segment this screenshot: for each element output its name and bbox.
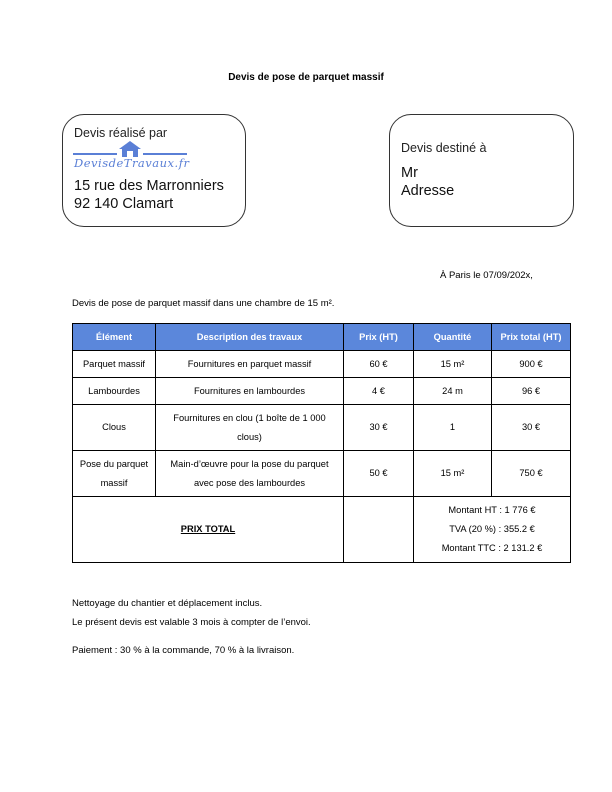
cell-price: 60 €	[344, 351, 414, 378]
note-payment: Paiement : 30 % à la commande, 70 % à la…	[72, 645, 294, 656]
cell-description: Fournitures en lambourdes	[156, 378, 344, 405]
sender-address-line1: 15 rue des Marronniers	[74, 178, 224, 195]
cell-price: 4 €	[344, 378, 414, 405]
header-total: Prix total (HT)	[492, 324, 571, 351]
sender-box: Devis réalisé par DevisdeTravaux.fr 15 r…	[62, 114, 246, 227]
table-row: Lambourdes Fournitures en lambourdes 4 €…	[73, 378, 571, 405]
cell-quantity: 15 m²	[414, 451, 492, 497]
document-title: Devis de pose de parquet massif	[0, 72, 612, 83]
cell-quantity: 1	[414, 405, 492, 451]
cell-price: 30 €	[344, 405, 414, 451]
total-label: PRIX TOTAL	[181, 524, 235, 534]
amount-tva: TVA (20 %) : 355.2 €	[418, 520, 566, 539]
cell-total: 30 €	[492, 405, 571, 451]
total-label-cell: PRIX TOTAL	[73, 497, 344, 563]
company-logo: DevisdeTravaux.fr	[73, 140, 188, 172]
amount-ht: Montant HT : 1 776 €	[418, 501, 566, 520]
quote-table: Élément Description des travaux Prix (HT…	[72, 323, 571, 563]
table-header-row: Élément Description des travaux Prix (HT…	[73, 324, 571, 351]
recipient-box: Devis destiné à Mr Adresse	[389, 114, 574, 227]
cell-description: Fournitures en parquet massif	[156, 351, 344, 378]
cell-price: 50 €	[344, 451, 414, 497]
header-element: Élément	[73, 324, 156, 351]
cell-element: Clous	[73, 405, 156, 451]
intro-text: Devis de pose de parquet massif dans une…	[72, 298, 334, 309]
cell-total: 96 €	[492, 378, 571, 405]
date-line: À Paris le 07/09/202x,	[440, 270, 533, 281]
recipient-label: Devis destiné à	[401, 141, 486, 155]
table-total-row: PRIX TOTAL Montant HT : 1 776 € TVA (20 …	[73, 497, 571, 563]
amount-ttc: Montant TTC : 2 131.2 €	[418, 539, 566, 558]
table-row: Parquet massif Fournitures en parquet ma…	[73, 351, 571, 378]
header-quantity: Quantité	[414, 324, 492, 351]
recipient-name: Mr	[401, 165, 418, 182]
cell-element: Parquet massif	[73, 351, 156, 378]
header-description: Description des travaux	[156, 324, 344, 351]
cell-total: 900 €	[492, 351, 571, 378]
cell-element: Pose du parquet massif	[73, 451, 156, 497]
note-validity: Le présent devis est valable 3 mois à co…	[72, 617, 311, 628]
sender-label: Devis réalisé par	[74, 126, 167, 140]
cell-quantity: 24 m	[414, 378, 492, 405]
logo-text: DevisdeTravaux.fr	[74, 156, 189, 170]
table-row: Pose du parquet massif Main-d’œuvre pour…	[73, 451, 571, 497]
cell-description: Fournitures en clou (1 boîte de 1 000 cl…	[156, 405, 344, 451]
note-cleaning: Nettoyage du chantier et déplacement inc…	[72, 598, 262, 609]
sender-address-line2: 92 140 Clamart	[74, 196, 173, 213]
cell-total: 750 €	[492, 451, 571, 497]
empty-cell	[344, 497, 414, 563]
table-row: Clous Fournitures en clou (1 boîte de 1 …	[73, 405, 571, 451]
cell-quantity: 15 m²	[414, 351, 492, 378]
header-price: Prix (HT)	[344, 324, 414, 351]
cell-description: Main-d’œuvre pour la pose du parquet ave…	[156, 451, 344, 497]
recipient-address: Adresse	[401, 183, 454, 200]
cell-element: Lambourdes	[73, 378, 156, 405]
totals-cell: Montant HT : 1 776 € TVA (20 %) : 355.2 …	[414, 497, 571, 563]
